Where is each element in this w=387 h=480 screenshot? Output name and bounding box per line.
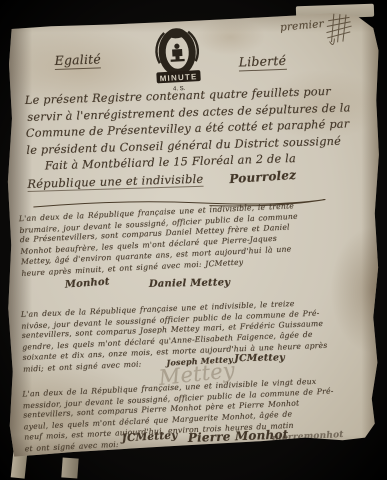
binding-page-edge	[61, 457, 78, 478]
officer-signature: JCMettey	[234, 352, 285, 364]
witness-signature: Monhot	[65, 276, 110, 290]
folio-number-note: premier	[280, 18, 325, 34]
motto-liberte: Liberté	[239, 53, 287, 71]
manuscript-page: Egalité Liberté premier MINUTE 4. S.	[6, 10, 380, 462]
motto-egalite: Egalité	[54, 52, 101, 70]
stamp-banner-text: MINUTE	[159, 72, 197, 83]
witness-signature: Daniel Mettey	[149, 277, 231, 290]
closing-text: République une et indivisible	[27, 171, 203, 191]
president-signature: Pourrolez	[229, 166, 297, 187]
minute-tax-stamp-icon: MINUTE 4. S.	[145, 23, 211, 96]
paraph-crosshatch-icon	[324, 13, 353, 50]
opening-certification: Le présent Registre contenant quatre feu…	[25, 83, 372, 192]
